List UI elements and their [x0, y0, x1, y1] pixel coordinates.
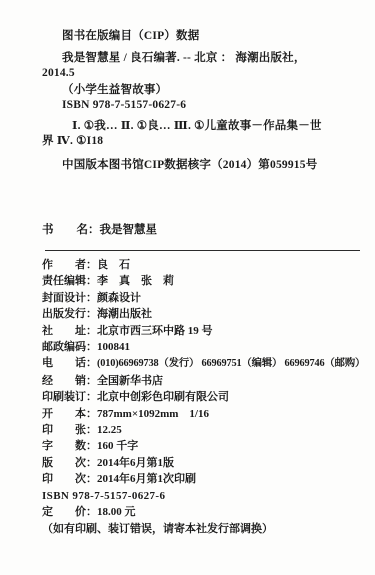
row-label: 印刷装订： — [42, 391, 97, 403]
cip-record-number: 中国版本图书馆CIP数据核字（2014）第059915号 — [42, 158, 363, 173]
book-title-value: 我是智慧星 — [100, 224, 158, 236]
cip-series-note: （小学生益智故事） — [42, 83, 363, 98]
colophon-block: 作 者：良 石 责任编辑：李 真 张 莉 封面设计：颜森设计 出版发行：海潮出版… — [42, 257, 363, 537]
row-label: 开 本： — [42, 408, 97, 420]
colophon-row-impression: 印 次：2014年6月第1次印刷 — [42, 471, 363, 487]
row-label: 责任编辑： — [42, 275, 97, 287]
row-label: 社 址： — [42, 325, 97, 337]
row-label: 经 销： — [42, 375, 97, 387]
row-value: 全国新华书店 — [97, 375, 163, 387]
colophon-row-price: 定 价：18.00 元 — [42, 504, 363, 520]
copyright-page: 图书在版编目（CIP）数据 我是智慧星 / 良石编著. -- 北京 ： 海潮出版… — [0, 0, 375, 575]
row-value: 北京市西三环中路 19 号 — [97, 325, 213, 337]
row-label: 定 价： — [42, 506, 97, 518]
row-value: (010)66969738（发行） 66969751（编辑） 66969746（… — [97, 358, 365, 369]
cip-heading: 图书在版编目（CIP）数据 — [42, 29, 363, 44]
row-value: 160 千字 — [97, 440, 138, 452]
divider-rule — [45, 250, 360, 251]
row-value: 2014年6月第1次印刷 — [97, 473, 196, 485]
colophon-notice-line: （如有印刷、装订错误，请寄本社发行部调换） — [42, 521, 363, 537]
row-value: 12.25 — [97, 424, 122, 436]
row-value: 2014年6月第1版 — [97, 457, 174, 469]
row-value: 李 真 张 莉 — [97, 275, 174, 287]
colophon-row-edition: 版 次：2014年6月第1版 — [42, 455, 363, 471]
row-label: 版 次： — [42, 457, 97, 469]
row-label: 作 者： — [42, 259, 97, 271]
row-value: 良 石 — [97, 259, 130, 271]
row-label: 印 张： — [42, 424, 97, 436]
row-value: 100841 — [97, 341, 130, 353]
colophon-row-phone: 电 话：(010)66969738（发行） 66969751（编辑） 66969… — [42, 355, 363, 372]
cip-block: 图书在版编目（CIP）数据 我是智慧星 / 良石编著. -- 北京 ： 海潮出版… — [42, 29, 363, 173]
colophon-row-address: 社 址：北京市西三环中路 19 号 — [42, 323, 363, 339]
colophon-row-format: 开 本：787mm×1092mm 1/16 — [42, 406, 363, 422]
row-label: 封面设计： — [42, 292, 97, 304]
row-value: 北京中创彩色印刷有限公司 — [97, 391, 229, 403]
colophon-isbn-line: ISBN 978-7-5157-0627-6 — [42, 488, 363, 504]
colophon-row-author: 作 者：良 石 — [42, 257, 363, 273]
cip-classification-line-1: Ⅰ. ①我… Ⅱ. ①良… Ⅲ. ①儿童故事－作品集－世 — [42, 119, 363, 134]
book-title-row: 书 名：我是智慧星 — [42, 223, 363, 238]
row-label: 出版发行： — [42, 308, 97, 320]
colophon-row-editor: 责任编辑：李 真 张 莉 — [42, 273, 363, 289]
row-label: 字 数： — [42, 440, 97, 452]
colophon-row-publisher: 出版发行：海潮出版社 — [42, 306, 363, 322]
colophon-row-sheets: 印 张：12.25 — [42, 422, 363, 438]
colophon-row-distribution: 经 销：全国新华书店 — [42, 373, 363, 389]
row-value: 18.00 元 — [97, 506, 136, 518]
colophon-row-wordcount: 字 数：160 千字 — [42, 438, 363, 454]
cip-entry-line-1: 我是智慧星 / 良石编著. -- 北京 ： 海潮出版社， — [42, 51, 363, 66]
row-label: 邮政编码： — [42, 341, 97, 353]
cip-entry-line-2: 2014.5 — [42, 66, 363, 81]
row-value: 787mm×1092mm 1/16 — [97, 408, 209, 420]
row-label: 电 话： — [42, 357, 97, 369]
row-label: 印 次： — [42, 473, 97, 485]
colophon-row-printing: 印刷装订：北京中创彩色印刷有限公司 — [42, 389, 363, 405]
cip-classification-line-2: 界 Ⅳ. ①I18 — [42, 134, 363, 149]
colophon-row-cover-design: 封面设计：颜森设计 — [42, 290, 363, 306]
row-value: 颜森设计 — [97, 292, 141, 304]
row-value: 海潮出版社 — [97, 308, 152, 320]
cip-isbn: ISBN 978-7-5157-0627-6 — [42, 98, 363, 113]
colophon-row-postcode: 邮政编码：100841 — [42, 339, 363, 355]
book-title-label: 书 名： — [42, 224, 100, 236]
